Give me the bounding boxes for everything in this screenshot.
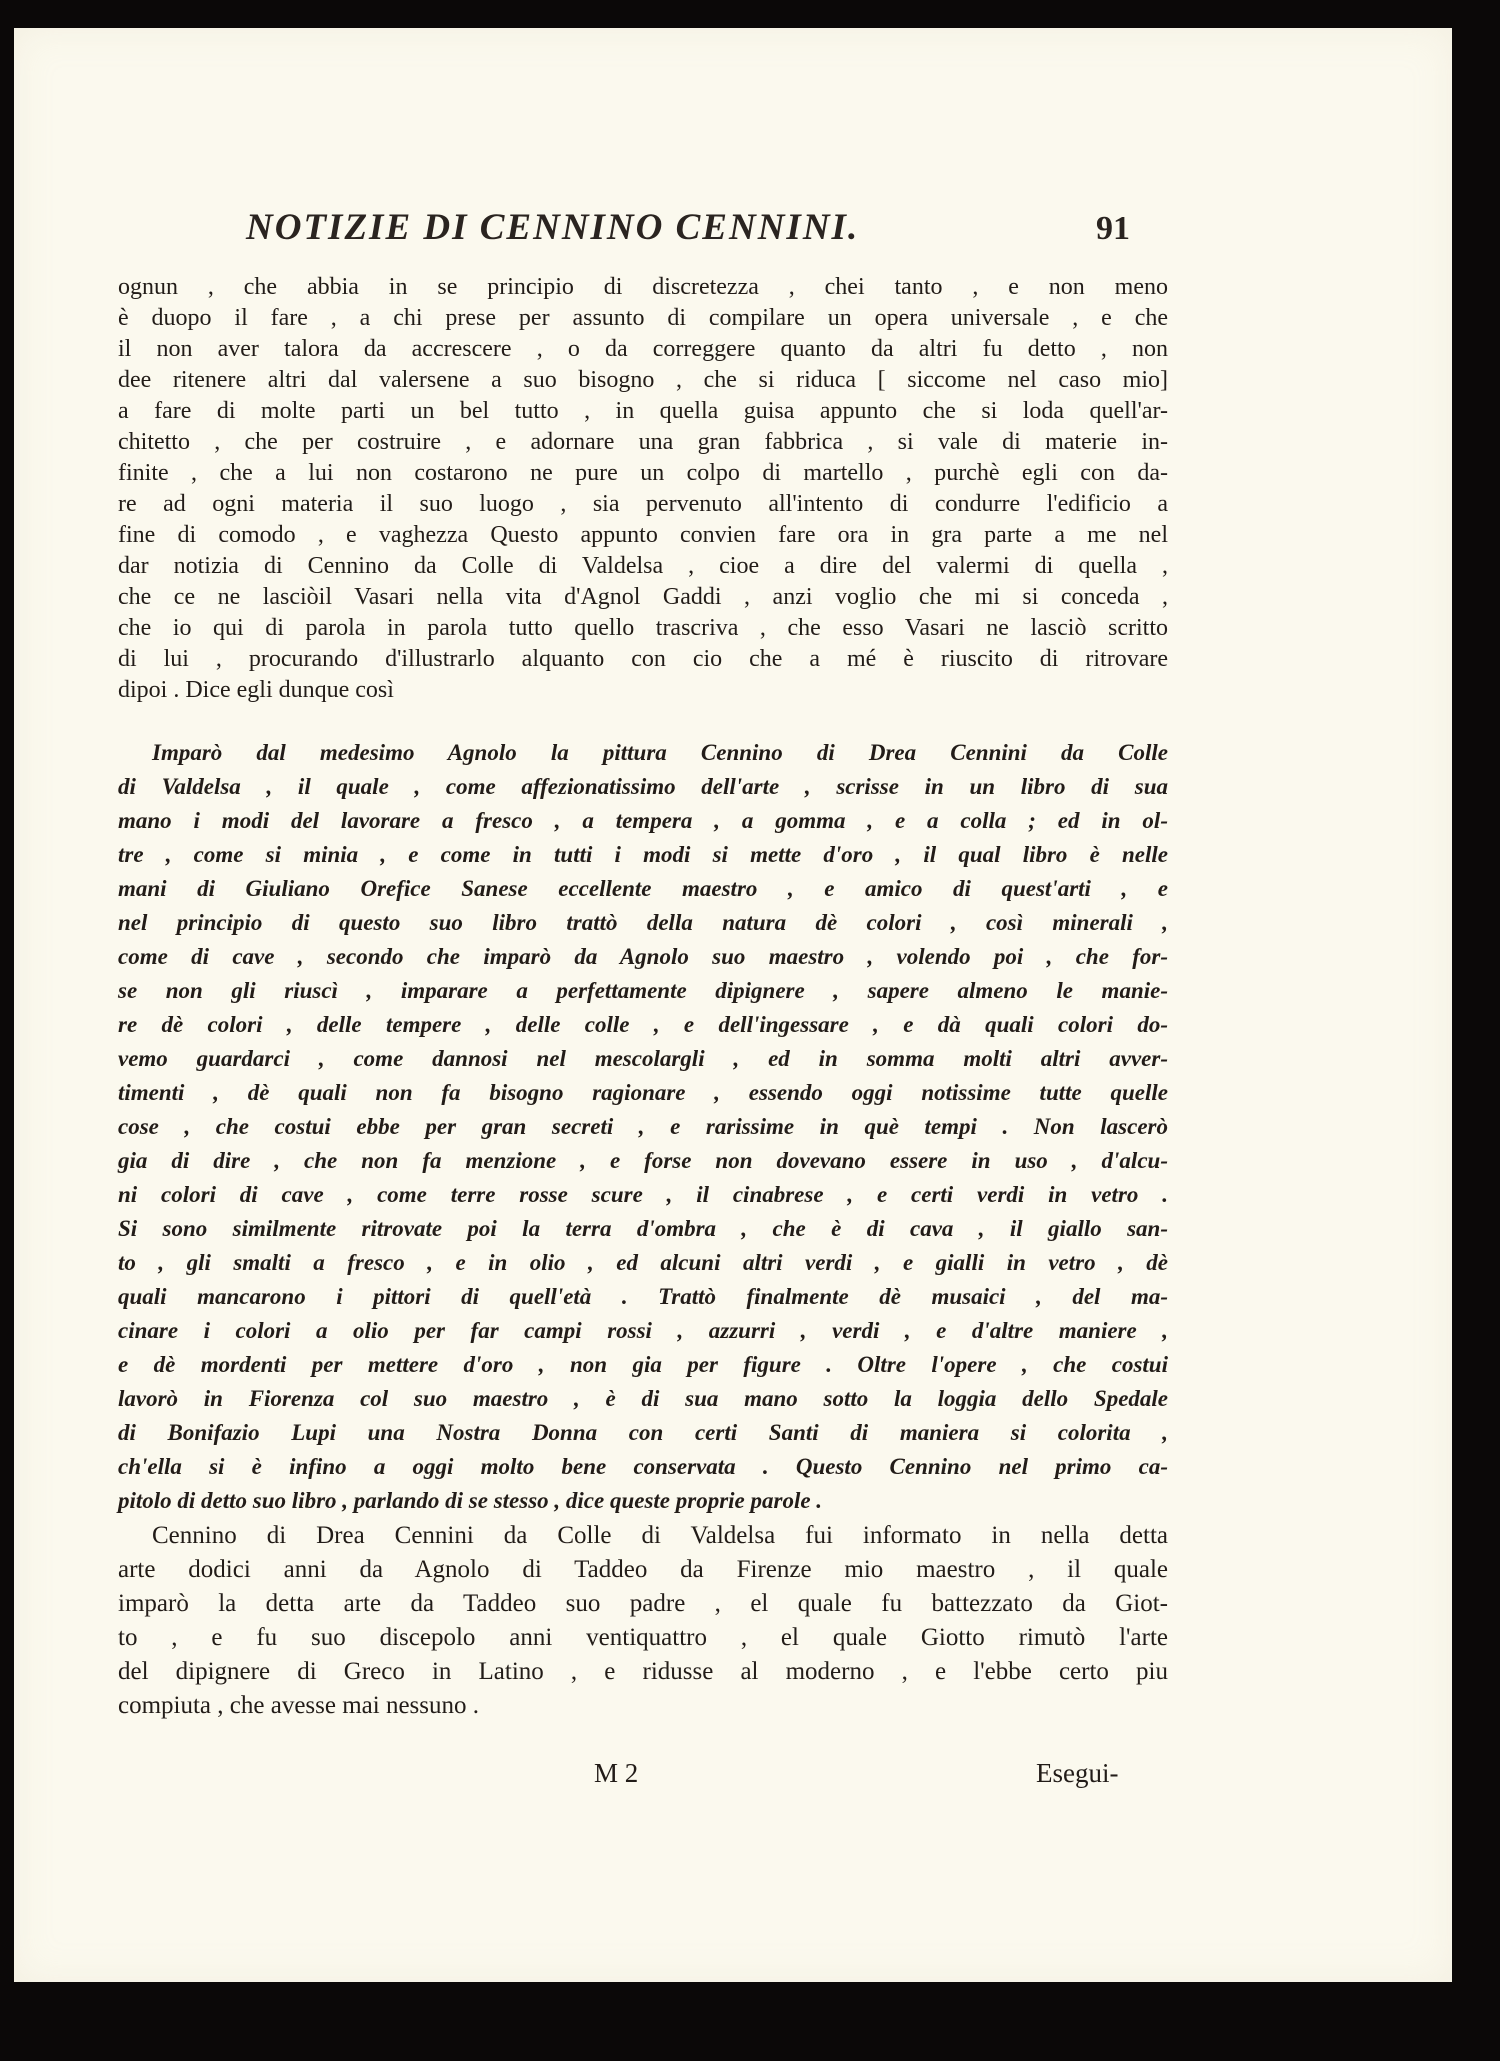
text-line: arte dodici anni da Agnolo di Taddeo da … [118, 1557, 1168, 1583]
text-line: che io qui di parola in parola tutto que… [118, 615, 1168, 641]
page-number: 91 [1096, 210, 1130, 248]
text-line: se non gli riuscì , imparare a perfettam… [118, 978, 1168, 1004]
text-line: il non aver talora da accrescere , o da … [118, 336, 1168, 362]
text-line: di lui , procurando d'illustrarlo alquan… [118, 646, 1168, 672]
book-page: NOTIZIE DI CENNINO CENNINI. 91 ognun , c… [14, 28, 1452, 1982]
text-line: finite , che a lui non costarono ne pure… [118, 460, 1168, 486]
text-line: dee ritenere altri dal valersene a suo b… [118, 367, 1168, 393]
text-line: fine di comodo , e vaghezza Questo appun… [118, 522, 1168, 548]
text-line: è duopo il fare , a chi prese per assunt… [118, 305, 1168, 331]
text-line: compiuta , che avesse mai nessuno . [118, 1693, 1168, 1719]
signature-mark: M 2 [594, 1758, 638, 1789]
text-line: dipoi . Dice egli dunque così [118, 677, 1168, 703]
text-line: come di cave , secondo che imparò da Agn… [118, 944, 1168, 970]
text-line: quali mancarono i pittori di quell'età .… [118, 1284, 1168, 1310]
text-line: to , e fu suo discepolo anni ventiquattr… [118, 1625, 1168, 1651]
text-line: imparò la detta arte da Taddeo suo padre… [118, 1591, 1168, 1617]
text-line: vemo guardarci , come dannosi nel mescol… [118, 1046, 1168, 1072]
running-head-title: NOTIZIE DI CENNINO CENNINI. [246, 206, 859, 249]
text-line: gia di dire , che non fa menzione , e fo… [118, 1148, 1168, 1174]
text-line: to , gli smalti a fresco , e in olio , e… [118, 1250, 1168, 1276]
text-line: timenti , dè quali non fa bisogno ragion… [118, 1080, 1168, 1106]
text-line: mani di Giuliano Orefice Sanese eccellen… [118, 876, 1168, 902]
text-line: che ce ne lasciòil Vasari nella vita d'A… [118, 584, 1168, 610]
text-line: lavorò in Fiorenza col suo maestro , è d… [118, 1386, 1168, 1412]
running-head: NOTIZIE DI CENNINO CENNINI. 91 [246, 206, 1166, 250]
text-line: Imparò dal medesimo Agnolo la pittura Ce… [118, 740, 1168, 766]
catchword: Esegui- [1036, 1758, 1118, 1789]
text-line: Si sono similmente ritrovate poi la terr… [118, 1216, 1168, 1242]
text-line: ognun , che abbia in se principio di dis… [118, 274, 1168, 300]
text-line: cose , che costui ebbe per gran secreti … [118, 1114, 1168, 1140]
text-line: pitolo di detto suo libro , parlando di … [118, 1488, 1168, 1514]
text-line: Cennino di Drea Cennini da Colle di Vald… [118, 1523, 1168, 1549]
text-line: mano i modi del lavorare a fresco , a te… [118, 808, 1168, 834]
text-line: ni colori di cave , come terre rosse scu… [118, 1182, 1168, 1208]
text-line: tre , come si minia , e come in tutti i … [118, 842, 1168, 868]
text-line: re ad ogni materia il suo luogo , sia pe… [118, 491, 1168, 517]
text-line: del dipignere di Greco in Latino , e rid… [118, 1659, 1168, 1685]
text-line: dar notizia di Cennino da Colle di Valde… [118, 553, 1168, 579]
text-line: re dè colori , delle tempere , delle col… [118, 1012, 1168, 1038]
text-line: a fare di molte parti un bel tutto , in … [118, 398, 1168, 424]
text-line: di Bonifazio Lupi una Nostra Donna con c… [118, 1420, 1168, 1446]
text-line: ch'ella si è infino a oggi molto bene co… [118, 1454, 1168, 1480]
text-line: nel principio di questo suo libro trattò… [118, 910, 1168, 936]
text-line: chitetto , che per costruire , e adornar… [118, 429, 1168, 455]
text-line: di Valdelsa , il quale , come affezionat… [118, 774, 1168, 800]
text-line: cinare i colori a olio per far campi ros… [118, 1318, 1168, 1344]
text-line: e dè mordenti per mettere d'oro , non gi… [118, 1352, 1168, 1378]
